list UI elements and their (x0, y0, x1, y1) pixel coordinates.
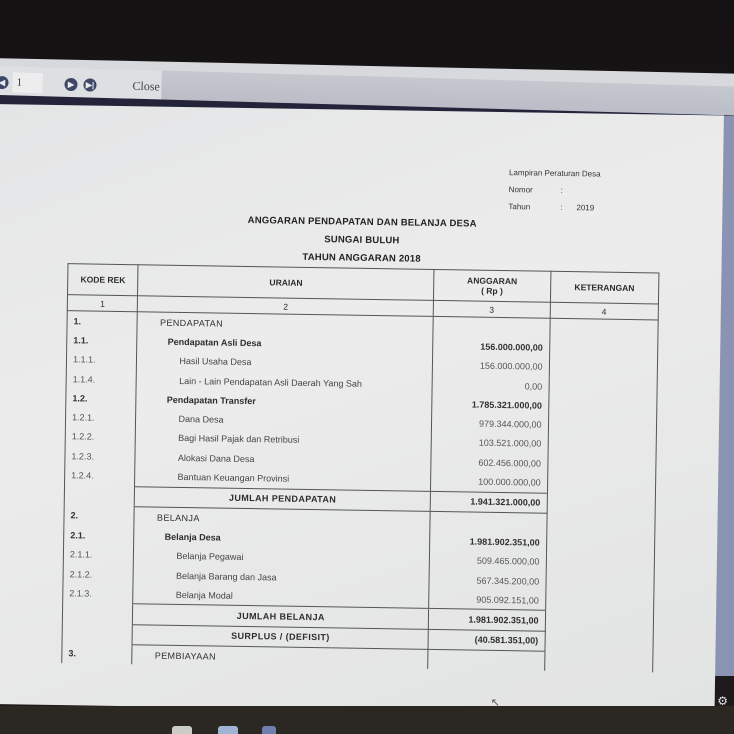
surplus-value: (40.581.351,00) (428, 629, 545, 651)
uraian-cell: PEMBIAYAAN (132, 645, 428, 669)
anggaran-cell: 905.092.151,00 (429, 589, 546, 611)
kode-rek-cell: 2.1.3. (63, 583, 134, 604)
jumlah-pendapatan-value: 1.941.321.000,00 (430, 491, 547, 513)
keterangan-cell (544, 651, 653, 672)
anggaran-cell: 156.000.000,00 (432, 356, 549, 377)
column-number: 1 (67, 295, 138, 312)
prev-page-icon[interactable]: ◀ (0, 75, 9, 88)
app-icon[interactable] (262, 726, 276, 734)
anggaran-cell: 979.344.000,00 (432, 413, 549, 434)
anggaran-cell: 509.465.000,00 (429, 550, 546, 571)
jumlah-belanja-value: 1.981.902.351,00 (428, 609, 545, 631)
file-explorer-icon[interactable] (172, 726, 192, 734)
keterangan-cell (548, 415, 657, 436)
report-page: Lampiran Peraturan Desa Nomor : Tahun : … (0, 104, 724, 715)
header-anggaran: ANGGARAN ( Rp ) (434, 269, 551, 302)
keterangan-cell (546, 533, 655, 554)
network-icon[interactable]: ⚙ (717, 694, 728, 708)
keterangan-cell (546, 552, 655, 573)
anggaran-cell: 0,00 (432, 375, 549, 396)
kode-rek-cell: 2.1.1. (63, 545, 134, 565)
kode-rek-cell: 1. (67, 311, 138, 332)
keterangan-cell (545, 572, 654, 593)
monitor-screen: ◀ 1 ▶ ▶| Close Lampiran Peraturan Desa N… (0, 0, 734, 734)
document-title: ANGGARAN PENDAPATAN DAN BELANJA DESA SUN… (62, 209, 663, 272)
word-icon[interactable] (218, 726, 238, 734)
anggaran-cell: 100.000.000,00 (431, 471, 548, 493)
taskbar (0, 706, 734, 734)
kode-rek-cell: 1.1.1. (66, 350, 137, 370)
page-number-input[interactable]: 1 (12, 72, 43, 93)
keterangan-cell (548, 396, 657, 417)
keterangan-cell (549, 338, 658, 359)
next-page-icon[interactable]: ▶ (64, 77, 77, 90)
anggaran-cell: 567.345.200,00 (429, 570, 546, 591)
keterangan-cell (546, 513, 655, 534)
keterangan-cell (548, 435, 657, 456)
kode-rek-cell: 3. (62, 644, 133, 665)
kode-rek-cell: 2.1.2. (63, 564, 134, 584)
anggaran-cell: 602.456.000,00 (431, 452, 548, 473)
tahun-label: Tahun (508, 198, 560, 216)
anggaran-cell: 103.521.000,00 (431, 433, 548, 454)
tahun-value: 2019 (576, 199, 594, 216)
keterangan-cell (545, 591, 654, 612)
column-number: 4 (550, 302, 659, 320)
header-keterangan: KETERANGAN (550, 271, 659, 304)
header-kode: KODE REK (68, 264, 139, 296)
header-uraian: URAIAN (138, 265, 434, 301)
kode-rek-cell: 1.2. (66, 388, 137, 408)
anggaran-cell (433, 316, 550, 338)
keterangan-cell (549, 377, 658, 398)
close-button[interactable]: Close (132, 78, 160, 94)
kode-rek-cell: 1.2.4. (65, 466, 136, 487)
kode-rek-cell: 1.1. (67, 330, 138, 350)
nomor-value: : (561, 182, 577, 199)
anggaran-cell: 1.785.321.000,00 (432, 394, 549, 415)
header-anggaran-unit: ( Rp ) (440, 285, 544, 297)
nomor-label: Nomor (509, 181, 561, 199)
anggaran-cell (428, 649, 545, 671)
kode-rek-cell: 1.2.3. (65, 446, 136, 466)
kode-rek-cell: 1.1.4. (66, 369, 137, 389)
column-number: 3 (433, 300, 550, 318)
lampiran-block: Lampiran Peraturan Desa Nomor : Tahun : … (508, 164, 600, 216)
kode-rek-cell: 1.2.2. (65, 427, 136, 447)
anggaran-cell: 1.981.902.351,00 (430, 531, 547, 552)
keterangan-cell (549, 318, 658, 339)
keterangan-cell (547, 454, 656, 475)
lampiran-title: Lampiran Peraturan Desa (509, 164, 601, 182)
anggaran-cell: 156.000.000,00 (433, 336, 550, 357)
kode-rek-cell: 1.2.1. (65, 408, 136, 428)
keterangan-cell (549, 357, 658, 378)
keterangan-cell (547, 473, 656, 494)
kode-rek-cell: 2. (64, 506, 135, 527)
kode-rek-cell: 2.1. (64, 525, 135, 545)
last-page-icon[interactable]: ▶| (83, 78, 96, 91)
tahun-sep: : (560, 199, 576, 216)
anggaran-cell (430, 511, 547, 533)
budget-table: KODE REK URAIAN ANGGARAN ( Rp ) KETERANG… (61, 263, 659, 673)
